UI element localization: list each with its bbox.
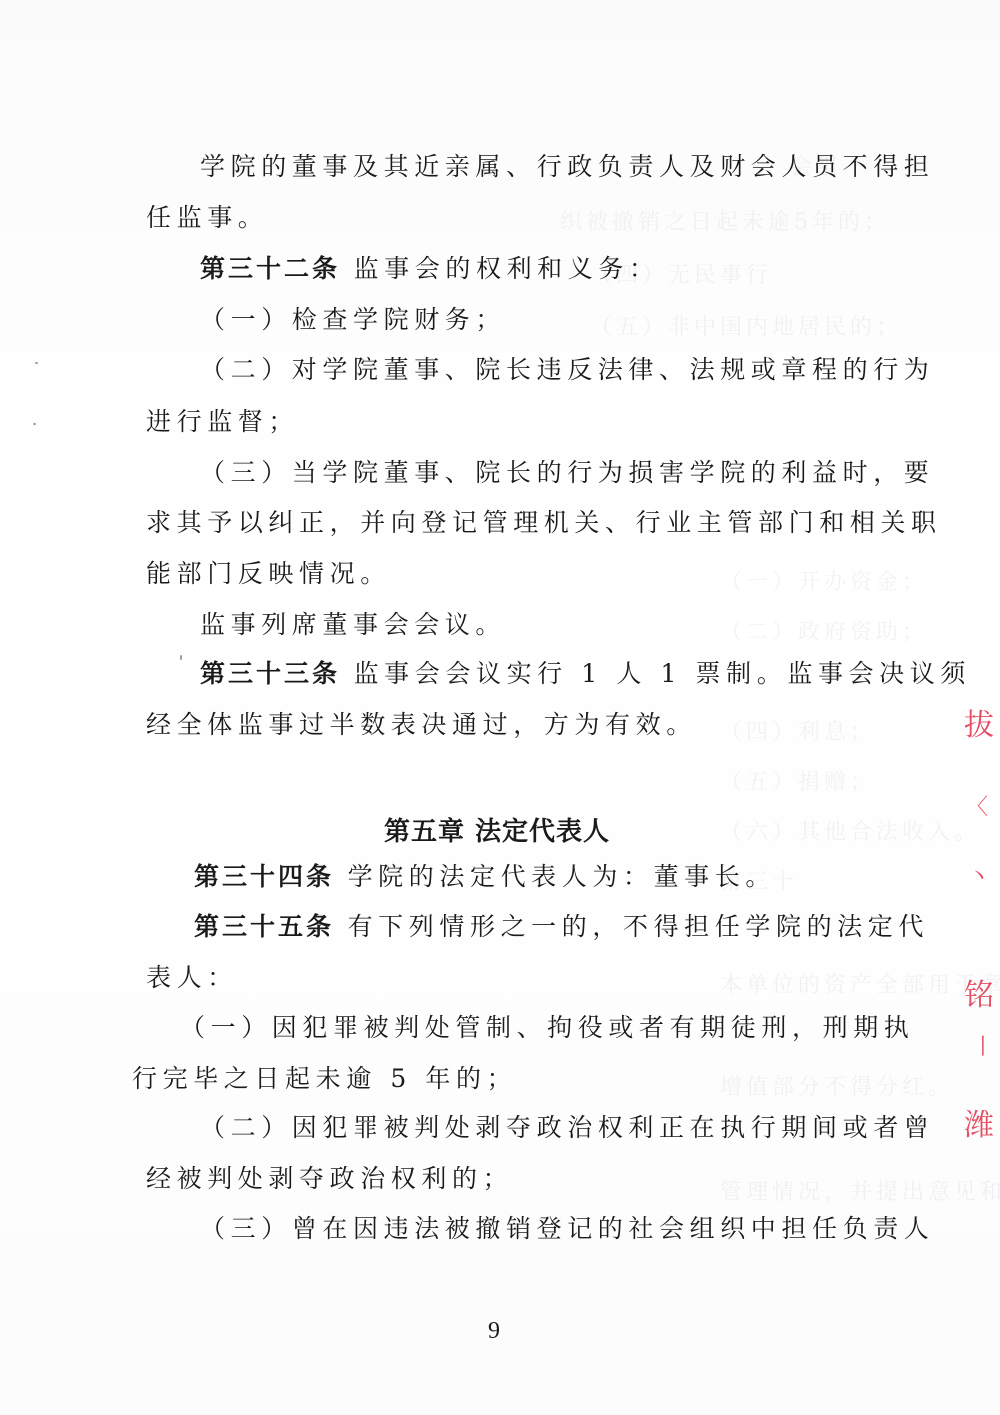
stamp-glyph: 〈 bbox=[966, 790, 988, 821]
article-text: 监事会的权利和义务： bbox=[354, 254, 660, 283]
margin-speck bbox=[180, 655, 182, 660]
article-label: 第三十五条 bbox=[194, 912, 334, 941]
article-label: 第三十四条 bbox=[194, 862, 334, 891]
paragraph-line: 表人： bbox=[146, 963, 238, 993]
paragraph-line: 进行监督； bbox=[146, 407, 299, 437]
page-number: 9 bbox=[488, 1318, 500, 1345]
article-34: 第三十四条 学院的法定代表人为：董事长。 bbox=[194, 862, 776, 892]
article-text: 监事会会议实行 1 人 1 票制。监事会决议须 bbox=[354, 659, 971, 688]
paragraph-line: 求其予以纠正，并向登记管理机关、行业主管部门和相关职 bbox=[146, 508, 942, 538]
chapter-heading: 第五章 法定代表人 bbox=[384, 811, 610, 848]
article-35: 第三十五条 有下列情形之一的，不得担任学院的法定代 bbox=[194, 912, 929, 942]
bleed-through-text: （五）捐赠； bbox=[720, 765, 876, 796]
paragraph-line: 经全体监事过半数表决通过，方为有效。 bbox=[146, 710, 697, 740]
stamp-glyph: 丶 bbox=[968, 860, 990, 891]
paragraph-line: 经被判处剥夺政治权利的； bbox=[146, 1164, 513, 1194]
stamp-glyph: 丨 bbox=[972, 1030, 994, 1061]
document-page: 会组 织被撤销之日起未逾5年的； （四）无民事行 （五）非中国内地居民的； （一… bbox=[0, 0, 1000, 1415]
list-item: （三）曾在因违法被撤销登记的社会组织中担任负责人 bbox=[200, 1214, 934, 1244]
bleed-through-text: 增值部分不得分红。 bbox=[720, 1070, 954, 1101]
bleed-through-text: （四）利息； bbox=[720, 715, 876, 746]
bleed-through-text: （五）非中国内地居民的； bbox=[590, 310, 902, 341]
bleed-through-text: 管理情况，并提出意见和建议，对 bbox=[720, 1175, 1000, 1206]
paragraph-line: 任监事。 bbox=[146, 203, 268, 233]
bleed-through-text: （六）其他合法收入。 bbox=[720, 815, 980, 846]
bleed-through-text: （二）政府资助； bbox=[720, 615, 928, 646]
bleed-through-text: 织被撤销之日起未逾5年的； bbox=[560, 205, 890, 236]
article-text: 学院的法定代表人为：董事长。 bbox=[348, 862, 776, 891]
bleed-through-text: （一）开办资金； bbox=[720, 565, 928, 596]
list-item: （一）因犯罪被判处管制、拘役或者有期徒刑，刑期执 bbox=[180, 1013, 914, 1043]
seal-stamp-fragment: 拔 〈 丶 铭 丨 潍 bbox=[960, 700, 1000, 1160]
article-label: 第三十三条 bbox=[200, 659, 340, 688]
stamp-glyph: 拔 bbox=[964, 700, 994, 744]
stamp-glyph: 潍 bbox=[964, 1100, 994, 1144]
paragraph-line: 监事列席董事会会议。 bbox=[200, 610, 506, 640]
article-label: 第三十二条 bbox=[200, 254, 340, 283]
paragraph-line: 学院的董事及其近亲属、行政负责人及财会人员不得担 bbox=[200, 152, 934, 182]
paragraph-line: 行完毕之日起未逾 5 年的； bbox=[132, 1064, 517, 1094]
stamp-glyph: 铭 bbox=[964, 970, 994, 1014]
article-33: 第三十三条 监事会会议实行 1 人 1 票制。监事会决议须 bbox=[200, 659, 971, 689]
margin-speck bbox=[35, 362, 38, 364]
bleed-through-text: 本单位的资产全部用于章程规定的业务范围，禁止 bbox=[720, 968, 1000, 999]
paragraph-line: 能部门反映情况。 bbox=[146, 559, 391, 589]
article-32: 第三十二条 监事会的权利和义务： bbox=[200, 254, 660, 284]
list-item: （三）当学院董事、院长的行为损害学院的利益时，要 bbox=[200, 458, 934, 488]
list-item: （二）因犯罪被判处剥夺政治权利正在执行期间或者曾 bbox=[200, 1113, 934, 1143]
article-text: 有下列情形之一的，不得担任学院的法定代 bbox=[348, 912, 929, 941]
list-item: （一）检查学院财务； bbox=[200, 305, 506, 335]
list-item: （二）对学院董事、院长违反法律、法规或章程的行为 bbox=[200, 355, 934, 385]
margin-speck bbox=[33, 423, 36, 425]
